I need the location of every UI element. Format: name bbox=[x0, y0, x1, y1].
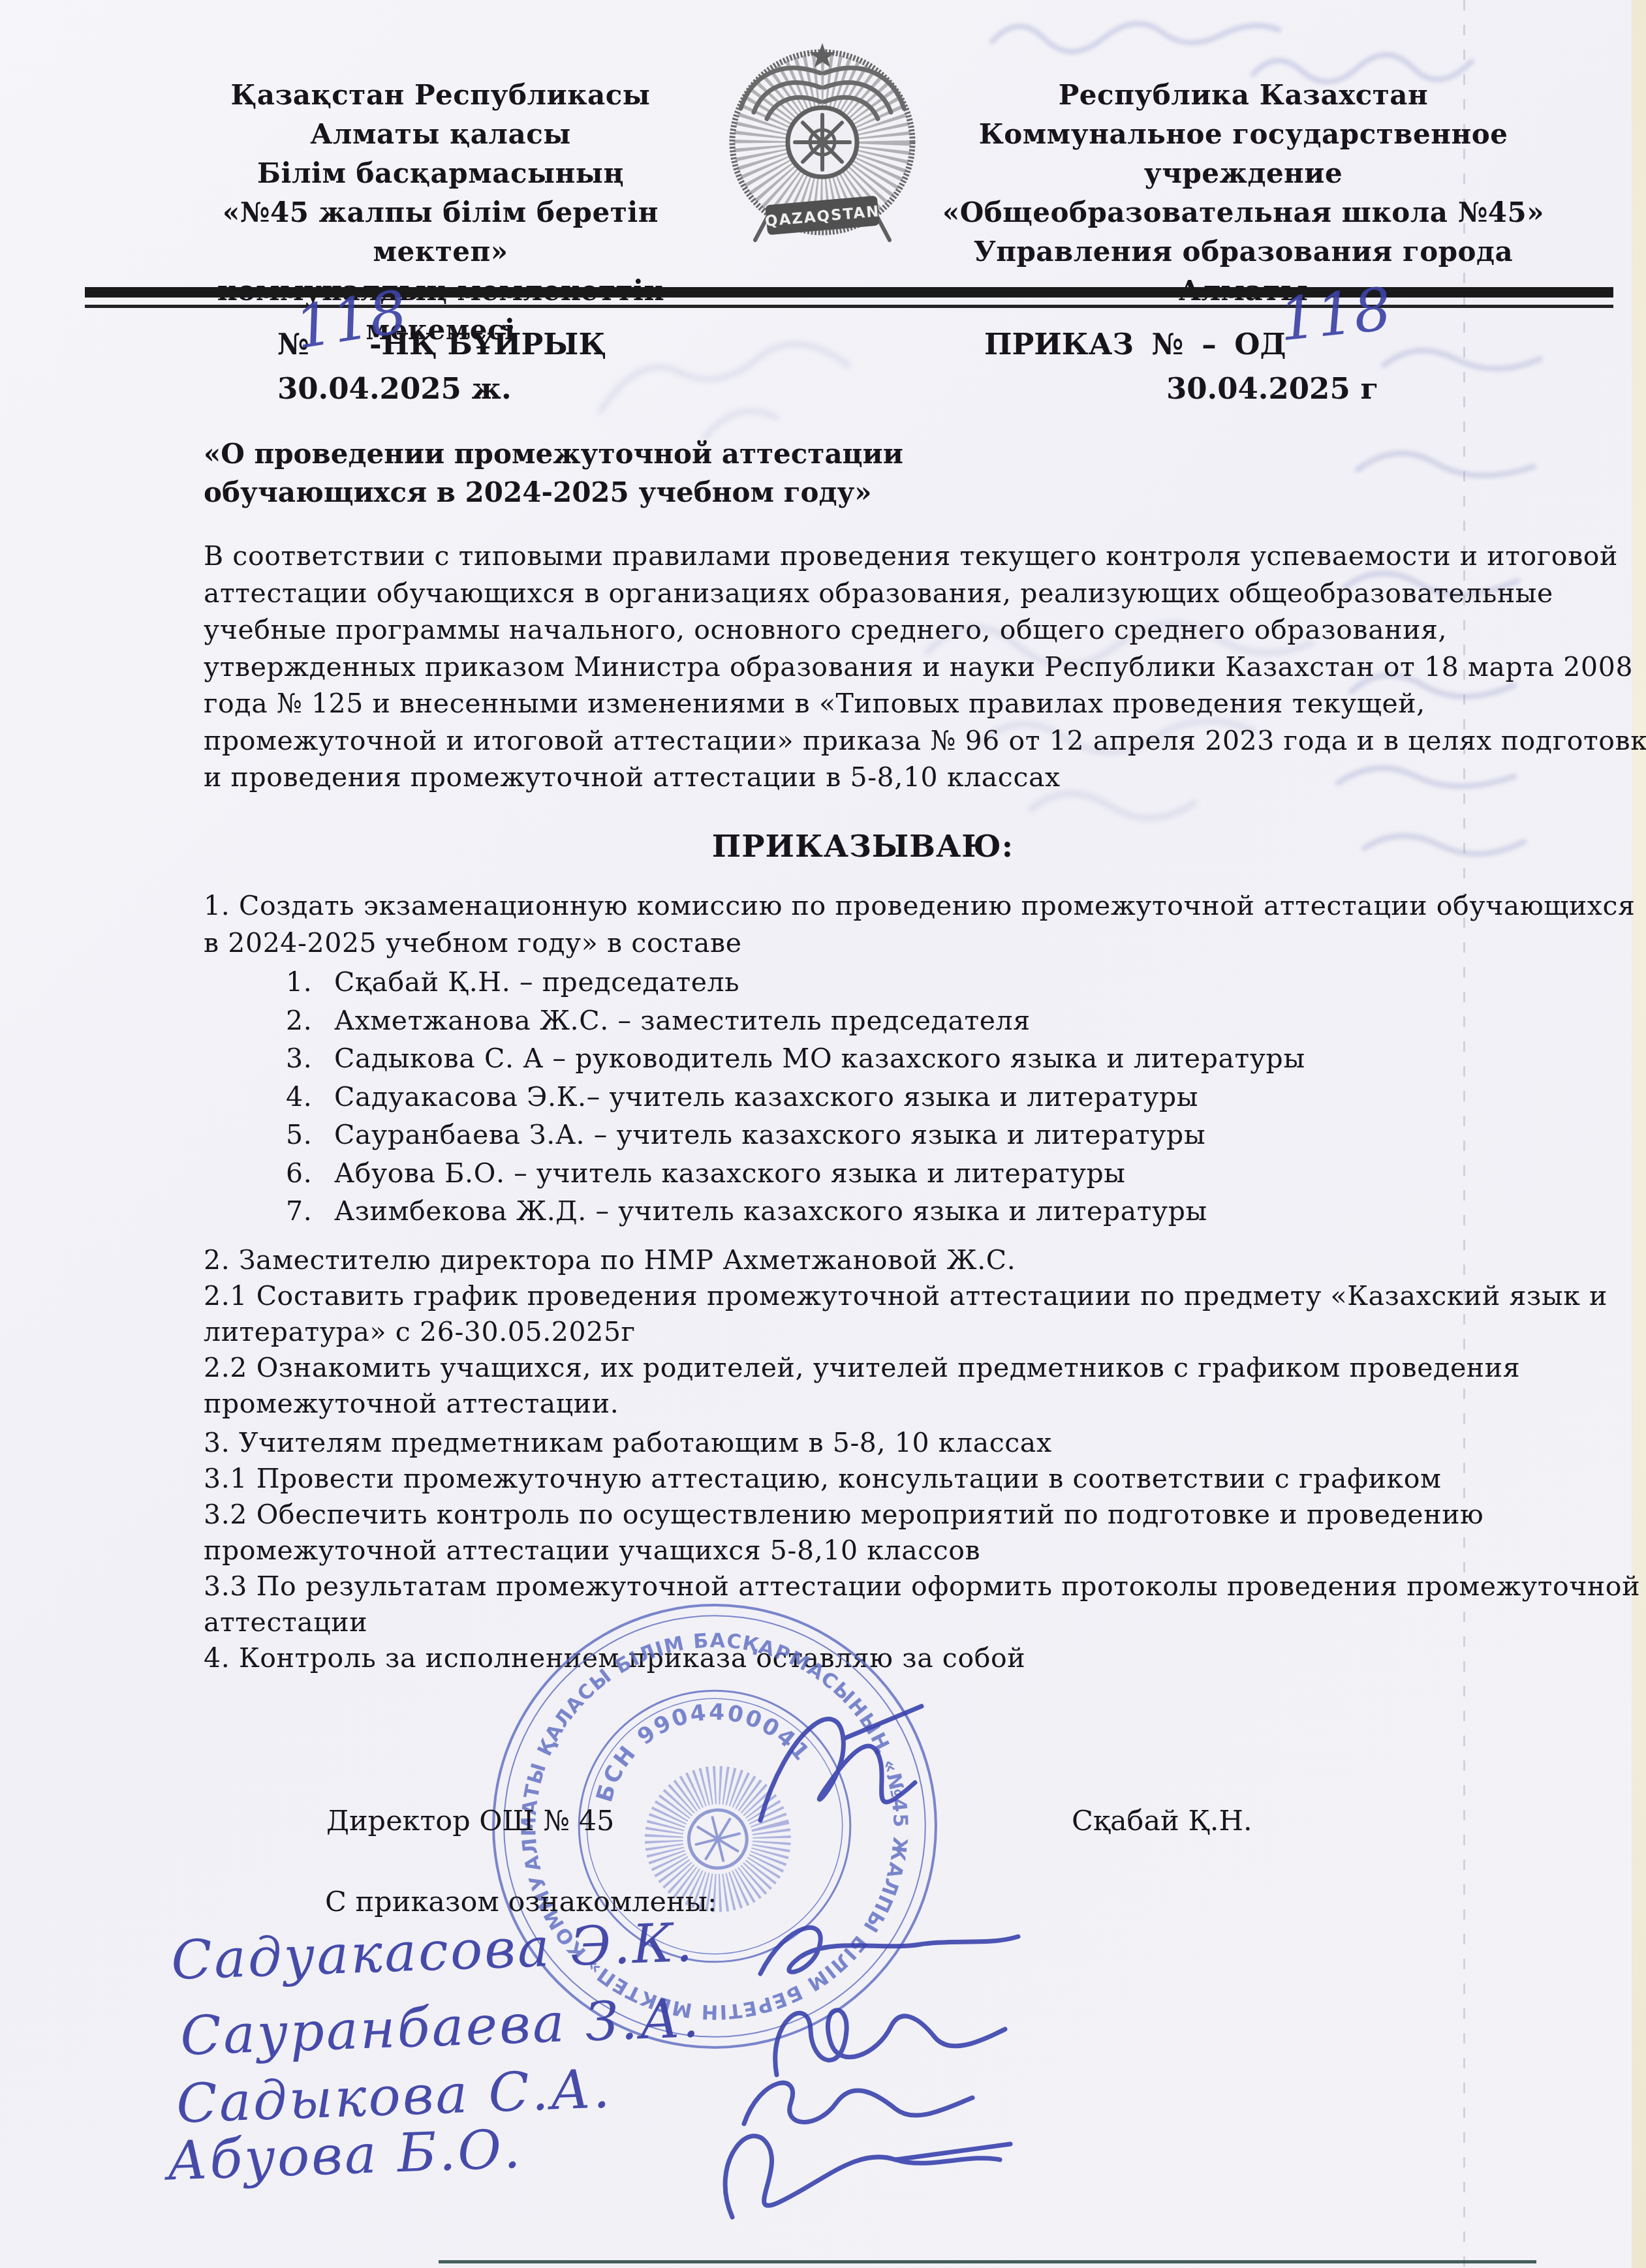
order-date-kk: 30.04.2025 ж. bbox=[277, 369, 606, 408]
handwritten-order-number-kk: 118 bbox=[291, 283, 411, 358]
directive-3-line: 3. Учителям предметникам работающим в 5-… bbox=[204, 1425, 1640, 1461]
directive-2-line: литература» с 26-30.05.2025г bbox=[204, 1314, 1607, 1350]
kazakhstan-state-emblem-image: QAZAQSTAN bbox=[721, 38, 924, 265]
intro-line: учебные программы начального, основного … bbox=[204, 611, 1646, 649]
header-kk-line: Алматы қаласы bbox=[157, 115, 724, 154]
directive-1-line: в 2024-2025 учебном году» в составе bbox=[204, 925, 1636, 962]
subject-line: обучающихся в 2024-2025 учебном году» bbox=[204, 473, 903, 512]
subject-line: «О проведении промежуточной аттестации bbox=[204, 435, 903, 473]
directive-2-line: 2.2 Ознакомить учащихся, их родителей, у… bbox=[204, 1350, 1607, 1386]
commission-item: 4.Садуакасова Э.К.– учитель казахского я… bbox=[286, 1078, 1305, 1116]
scanned-school-order-document: Қазақстан Республикасы Алматы қаласы Біл… bbox=[0, 0, 1646, 2268]
intro-paragraph: В соответствии с типовыми правилами пров… bbox=[204, 538, 1646, 796]
director-label: Директор ОШ № 45 bbox=[326, 1805, 614, 1837]
commission-item: 3.Садыкова С. А – руководитель МО казахс… bbox=[286, 1039, 1305, 1078]
header-ru-line: учреждение bbox=[910, 154, 1576, 193]
intro-line: и проведения промежуточной аттестации в … bbox=[204, 759, 1646, 796]
header-kk-line: Білім басқармасының bbox=[157, 154, 724, 193]
directive-1: 1. Создать экзаменационную комиссию по п… bbox=[204, 887, 1636, 962]
header-kazakh: Қазақстан Республикасы Алматы қаласы Біл… bbox=[157, 76, 724, 350]
commission-item: 5.Сауранбаева З.А. – учитель казахского … bbox=[286, 1116, 1305, 1154]
header-russian: Республика Казахстан Коммунальное госуда… bbox=[910, 76, 1576, 311]
director-signature bbox=[744, 1683, 966, 1866]
director-name: Сқабай Қ.Н. bbox=[1072, 1805, 1252, 1837]
header-ru-line: Республика Казахстан bbox=[910, 76, 1576, 115]
order-subject: «О проведении промежуточной аттестации о… bbox=[204, 435, 903, 512]
header-kk-line: «№45 жалпы білім беретін мектеп» bbox=[157, 193, 724, 271]
header-ru-line: Управления образования города Алматы bbox=[910, 232, 1576, 311]
commission-item: 2.Ахметжанова Ж.С. – заместитель председ… bbox=[286, 1002, 1305, 1040]
acknowledgement-signature bbox=[705, 2106, 1031, 2243]
scan-edge-artifact bbox=[1632, 0, 1646, 2268]
header-ru-line: Коммунальное государственное bbox=[910, 115, 1576, 154]
directive-3-line: 3.2 Обеспечить контроль по осуществлению… bbox=[204, 1497, 1640, 1533]
order-date-ru: 30.04.2025 г bbox=[984, 369, 1378, 408]
directive-1-line: 1. Создать экзаменационную комиссию по п… bbox=[204, 887, 1636, 925]
commission-list: 1.Сқабай Қ.Н. – председатель 2.Ахметжано… bbox=[286, 963, 1305, 1231]
intro-line: В соответствии с типовыми правилами пров… bbox=[204, 538, 1646, 575]
header-ru-line: «Общеобразовательная школа №45» bbox=[910, 193, 1576, 232]
directive-2: 2. Заместителю директора по НМР Ахметжан… bbox=[204, 1242, 1607, 1422]
resolution-heading: ПРИКАЗЫВАЮ: bbox=[204, 829, 1522, 865]
directive-2-line: промежуточной аттестации. bbox=[204, 1386, 1607, 1422]
intro-line: утвержденных приказом Министра образован… bbox=[204, 649, 1646, 686]
intro-line: года № 125 и внесенными изменениями в «Т… bbox=[204, 685, 1646, 722]
header-kk-line: Қазақстан Республикасы bbox=[157, 76, 724, 115]
directive-2-line: 2. Заместителю директора по НМР Ахметжан… bbox=[204, 1242, 1607, 1278]
handwritten-order-number-ru: 118 bbox=[1277, 280, 1394, 350]
scan-bottom-line-artifact bbox=[439, 2260, 1536, 2263]
commission-item: 7.Азимбекова Ж.Д. – учитель казахского я… bbox=[286, 1192, 1305, 1231]
acknowledgement-name: Абуова Б.О. bbox=[166, 2120, 523, 2192]
directive-3-line: 3.1 Провести промежуточную аттестацию, к… bbox=[204, 1461, 1640, 1497]
intro-line: промежуточной и итоговой аттестации» при… bbox=[204, 722, 1646, 759]
directive-3-line: промежуточной аттестации учащихся 5-8,10… bbox=[204, 1533, 1640, 1569]
commission-item: 6.Абуова Б.О. – учитель казахского языка… bbox=[286, 1154, 1305, 1193]
intro-line: аттестации обучающихся в организациях об… bbox=[204, 575, 1646, 612]
directive-2-line: 2.1 Составить график проведения промежут… bbox=[204, 1278, 1607, 1314]
commission-item: 1.Сқабай Қ.Н. – председатель bbox=[286, 963, 1305, 1002]
